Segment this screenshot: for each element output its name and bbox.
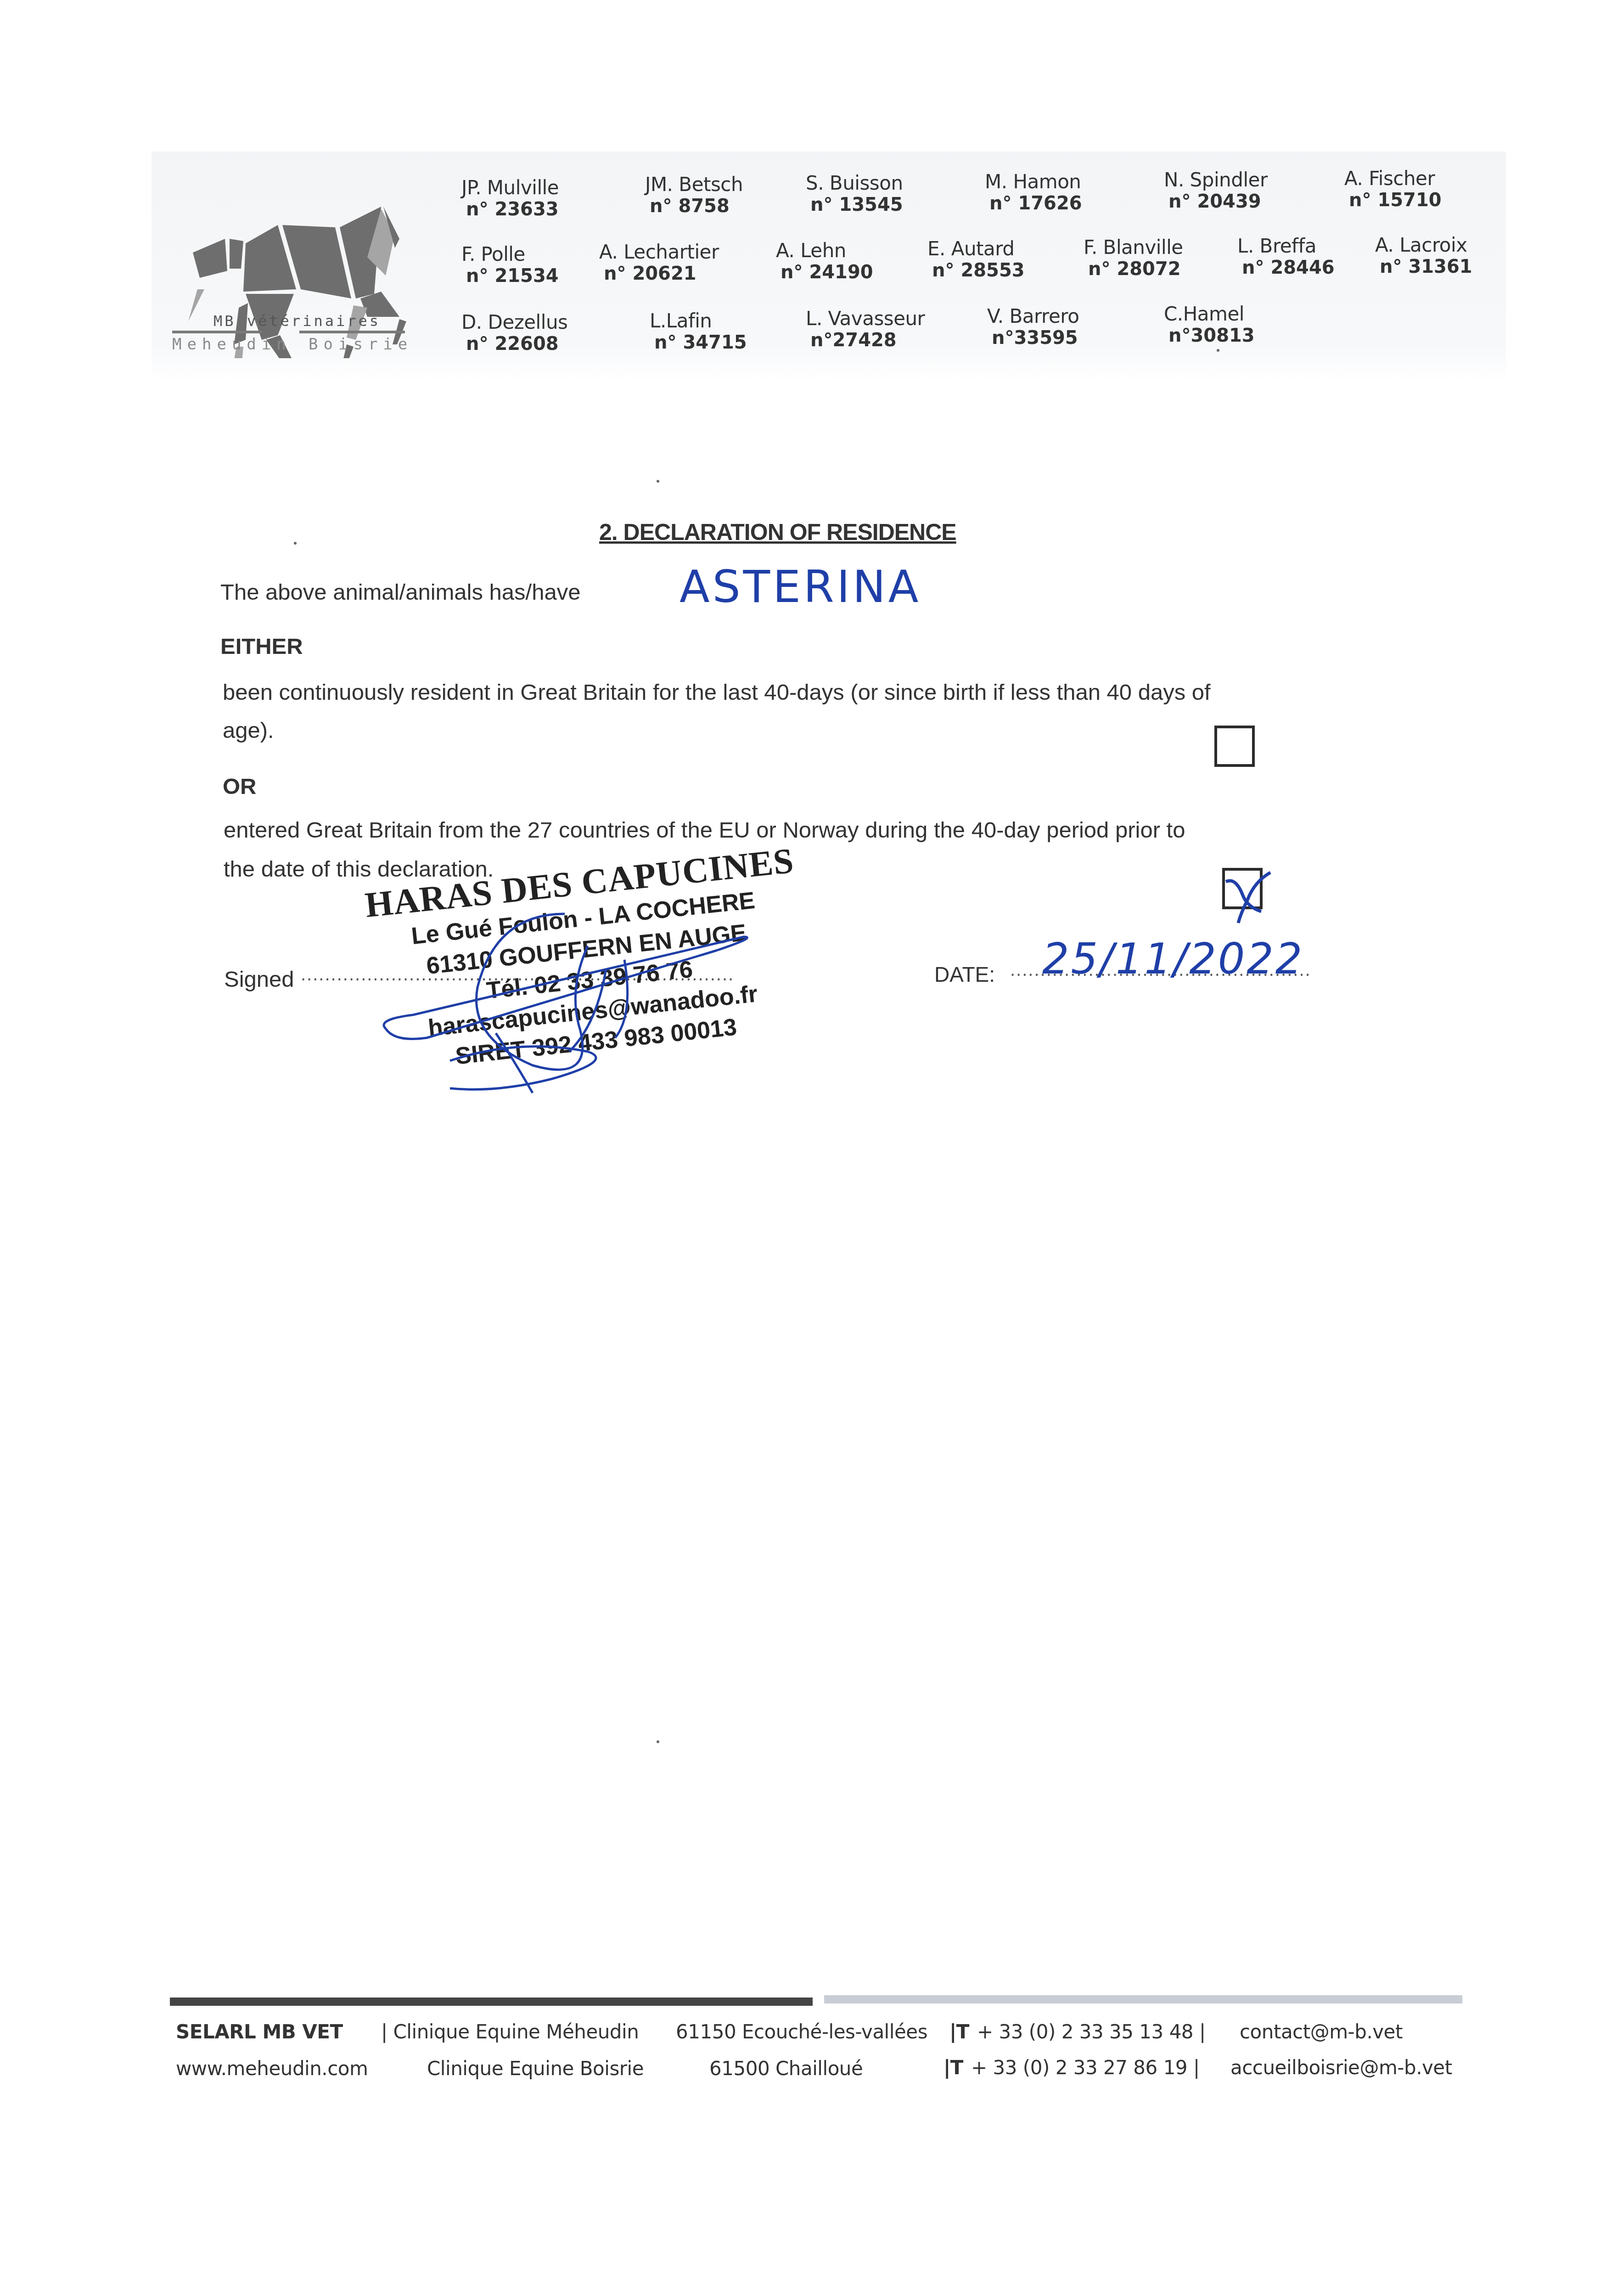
either-label: EITHER [220,634,303,659]
footer-divider-dark [170,1998,813,2006]
vet-entry: N. Spindlern° 20439 [1164,169,1268,212]
footer-address-boisrie: 61500 Chailloué [709,2057,863,2080]
scan-speck [657,480,659,483]
footer-company: SELARL MB VET [176,2020,343,2043]
vet-entry: A. Lacroixn° 31361 [1375,234,1472,277]
signed-label: Signed [224,967,294,992]
vet-entry: L.Lafinn° 34715 [650,310,747,353]
vet-entry: E. Autardn° 28553 [927,238,1025,281]
vet-entry: A. Lehnn° 24190 [776,240,873,283]
option1-text-cont: age). [223,718,274,743]
logo-site-boisrie: Boisrie [309,335,413,354]
vet-entry: JM. Betschn° 8758 [645,174,743,217]
footer-phone-boisrie[interactable]: + 33 (0) 2 33 27 86 19 | [971,2056,1200,2079]
footer-clinic-boisrie: Clinique Equine Boisrie [427,2057,644,2080]
intro-text: The above animal/animals has/have [220,580,580,605]
footer-phone-meheudin[interactable]: + 33 (0) 2 33 35 13 48 | [977,2020,1206,2043]
footer-address-meheudin: 61150 Ecouché-les-vallées [676,2020,927,2043]
option1-checkbox[interactable] [1214,726,1255,767]
scan-speck [657,1740,659,1743]
vet-entry: C.Hameln°30813 [1164,303,1255,346]
vet-entry: L. Vavasseurn°27428 [806,308,925,351]
scan-speck [294,542,297,545]
option2-text: entered Great Britain from the 27 countr… [224,817,1185,843]
vet-entry: V. Barreron°33595 [987,305,1079,349]
footer-divider-light [824,1995,1462,2003]
option2-checkbox[interactable] [1222,868,1263,909]
section-title: 2. DECLARATION OF RESIDENCE [599,519,956,546]
vet-entry: M. Hamonn° 17626 [985,171,1082,214]
vet-entry: A. Fischern° 15710 [1344,168,1442,211]
logo-divider [172,331,262,333]
vet-entry: S. Buissonn° 13545 [806,172,903,215]
footer-email-boisrie[interactable]: accueilboisrie@m-b.vet [1230,2056,1452,2079]
date-label: DATE: [934,962,995,987]
geometric-horse-icon [165,170,422,358]
or-label: OR [223,774,257,799]
handwritten-signature [358,886,863,1125]
footer-phone-label: |T [943,2056,963,2079]
vet-entry: F. Pollen° 21534 [461,243,559,287]
vet-entry: JP. Mulvillen° 23633 [461,177,559,220]
date-handwritten[interactable]: 25/11/2022 [1042,934,1304,984]
handwritten-x-mark-icon [1222,868,1268,918]
vet-entry: A. Lechartiern° 20621 [599,241,719,284]
footer-website[interactable]: www.meheudin.com [176,2057,368,2080]
footer-email-meheudin[interactable]: contact@m-b.vet [1240,2020,1403,2043]
logo-divider [299,331,405,333]
animal-name-handwritten[interactable]: ASTERINA [680,561,921,613]
logo-title: MB vétérinaires [213,312,381,330]
vet-entry: L. Breffan° 28446 [1237,235,1335,278]
footer-phone-label: |T [949,2020,969,2043]
footer-clinic-meheudin: | Clinique Equine Méheudin [381,2020,639,2043]
option1-text: been continuously resident in Great Brit… [223,680,1211,705]
vet-entry: F. Blanvillen° 28072 [1084,236,1183,280]
logo-site-meheudin: Meheudin [172,335,292,354]
vet-entry: D. Dezellusn° 22608 [461,311,567,355]
scan-speck [1217,349,1219,352]
